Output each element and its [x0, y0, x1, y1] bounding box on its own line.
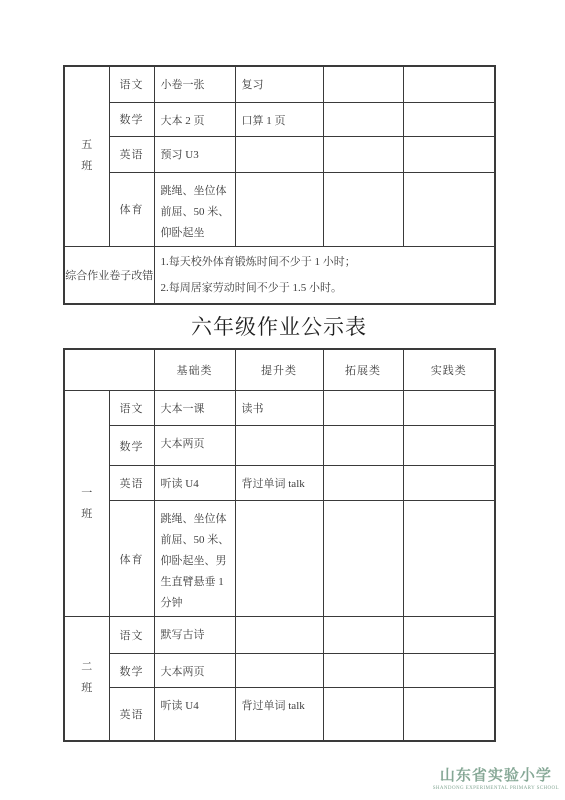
subject-cell: 体育: [109, 172, 154, 246]
homework-practice-cell: [403, 391, 495, 426]
subject-cell: 数学: [109, 426, 154, 466]
subject-cell: 语文: [109, 66, 154, 102]
homework-expand-cell: [323, 617, 403, 654]
homework-expand-cell: [323, 102, 403, 136]
header-expand: 拓展类: [323, 349, 403, 391]
homework-practice-cell: [403, 617, 495, 654]
homework-basic-cell: 默写古诗: [154, 617, 235, 654]
homework-improve-cell: 复习: [235, 66, 323, 102]
document-page: 五班 语文 小卷一张 复习 数学 大本 2 页 口算 1 页 英语 预习 U3: [0, 0, 565, 800]
homework-practice-cell: [403, 466, 495, 501]
header-empty-cell: [64, 349, 154, 391]
table-row: 数学 大本 2 页 口算 1 页: [64, 102, 495, 136]
homework-improve-cell: 读书: [235, 391, 323, 426]
subject-cell: 体育: [109, 501, 154, 617]
homework-improve-cell: 背过单词 talk: [235, 688, 323, 741]
class-label-cell: 五班: [64, 66, 109, 246]
homework-practice-cell: [403, 501, 495, 617]
homework-expand-cell: [323, 426, 403, 466]
homework-expand-cell: [323, 466, 403, 501]
homework-improve-cell: [235, 501, 323, 617]
table-row: 数学 大本两页: [64, 654, 495, 688]
homework-expand-cell: [323, 391, 403, 426]
homework-basic-cell: 大本一课: [154, 391, 235, 426]
subject-cell: 英语: [109, 466, 154, 501]
homework-expand-cell: [323, 688, 403, 741]
class-label-cell: 一班: [64, 391, 109, 617]
school-watermark: 山东省实验小学 SHANDONG EXPERIMENTAL PRIMARY SC…: [433, 768, 559, 792]
page-title: 六年级作业公示表: [63, 311, 495, 343]
homework-basic-cell: 预习 U3: [154, 136, 235, 172]
homework-practice-cell: [403, 136, 495, 172]
homework-basic-cell: 小卷一张: [154, 66, 235, 102]
grade5-homework-table: 五班 语文 小卷一张 复习 数学 大本 2 页 口算 1 页 英语 预习 U3: [63, 65, 496, 305]
homework-improve-cell: [235, 426, 323, 466]
table-row: 五班 语文 小卷一张 复习: [64, 66, 495, 102]
subject-cell: 数学: [109, 102, 154, 136]
header-improve: 提升类: [235, 349, 323, 391]
homework-expand-cell: [323, 654, 403, 688]
homework-improve-cell: [235, 654, 323, 688]
table-footer-row: 综合作业卷子改错 1.每天校外体育锻炼时间不少于 1 小时； 2.每周居家劳动时…: [64, 246, 495, 304]
homework-expand-cell: [323, 501, 403, 617]
document-content: 五班 语文 小卷一张 复习 数学 大本 2 页 口算 1 页 英语 预习 U3: [63, 65, 495, 742]
homework-basic-cell: 大本两页: [154, 426, 235, 466]
homework-improve-cell: [235, 172, 323, 246]
footer-line-1: 1.每天校外体育锻炼时间不少于 1 小时；: [161, 249, 491, 275]
homework-basic-cell: 大本两页: [154, 654, 235, 688]
homework-basic-cell: 跳绳、坐位体前屈、50 米、仰卧起坐: [154, 172, 235, 246]
class-label: 一班: [80, 483, 93, 525]
comprehensive-homework-label: 综合作业卷子改错: [64, 246, 154, 304]
footer-line-2: 2.每周居家劳动时间不少于 1.5 小时。: [161, 275, 491, 301]
subject-cell: 数学: [109, 654, 154, 688]
table-row: 英语 预习 U3: [64, 136, 495, 172]
header-basic: 基础类: [154, 349, 235, 391]
table-row: 英语 听读 U4 背过单词 talk: [64, 466, 495, 501]
subject-cell: 语文: [109, 617, 154, 654]
homework-basic-cell: 跳绳、坐位体前屈、50 米、仰卧起坐、男生直臂悬垂 1 分钟: [154, 501, 235, 617]
class-label-cell: 二班: [64, 617, 109, 741]
school-name-cn: 山东省实验小学: [433, 768, 559, 784]
homework-improve-cell: 口算 1 页: [235, 102, 323, 136]
homework-practice-cell: [403, 172, 495, 246]
homework-improve-cell: 背过单词 talk: [235, 466, 323, 501]
homework-basic-cell: 大本 2 页: [154, 102, 235, 136]
grade6-homework-table: 基础类 提升类 拓展类 实践类 一班 语文 大本一课 读书 数学 大本两页: [63, 348, 496, 742]
table-row: 二班 语文 默写古诗: [64, 617, 495, 654]
school-name-en: SHANDONG EXPERIMENTAL PRIMARY SCHOOL: [433, 785, 559, 792]
table-row: 体育 跳绳、坐位体前屈、50 米、仰卧起坐: [64, 172, 495, 246]
homework-expand-cell: [323, 66, 403, 102]
subject-cell: 英语: [109, 688, 154, 741]
comprehensive-homework-cell: 1.每天校外体育锻炼时间不少于 1 小时； 2.每周居家劳动时间不少于 1.5 …: [154, 246, 495, 304]
table-row: 英语 听读 U4 背过单词 talk: [64, 688, 495, 741]
class-label: 二班: [80, 657, 93, 699]
class-label: 五班: [80, 135, 93, 177]
homework-basic-cell: 听读 U4: [154, 466, 235, 501]
homework-improve-cell: [235, 136, 323, 172]
table-row: 一班 语文 大本一课 读书: [64, 391, 495, 426]
homework-practice-cell: [403, 102, 495, 136]
homework-improve-cell: [235, 617, 323, 654]
homework-basic-cell: 听读 U4: [154, 688, 235, 741]
homework-expand-cell: [323, 136, 403, 172]
table-row: 数学 大本两页: [64, 426, 495, 466]
homework-practice-cell: [403, 688, 495, 741]
subject-cell: 语文: [109, 391, 154, 426]
table-row: 体育 跳绳、坐位体前屈、50 米、仰卧起坐、男生直臂悬垂 1 分钟: [64, 501, 495, 617]
table-header-row: 基础类 提升类 拓展类 实践类: [64, 349, 495, 391]
homework-practice-cell: [403, 66, 495, 102]
homework-practice-cell: [403, 654, 495, 688]
homework-expand-cell: [323, 172, 403, 246]
homework-practice-cell: [403, 426, 495, 466]
subject-cell: 英语: [109, 136, 154, 172]
header-practice: 实践类: [403, 349, 495, 391]
